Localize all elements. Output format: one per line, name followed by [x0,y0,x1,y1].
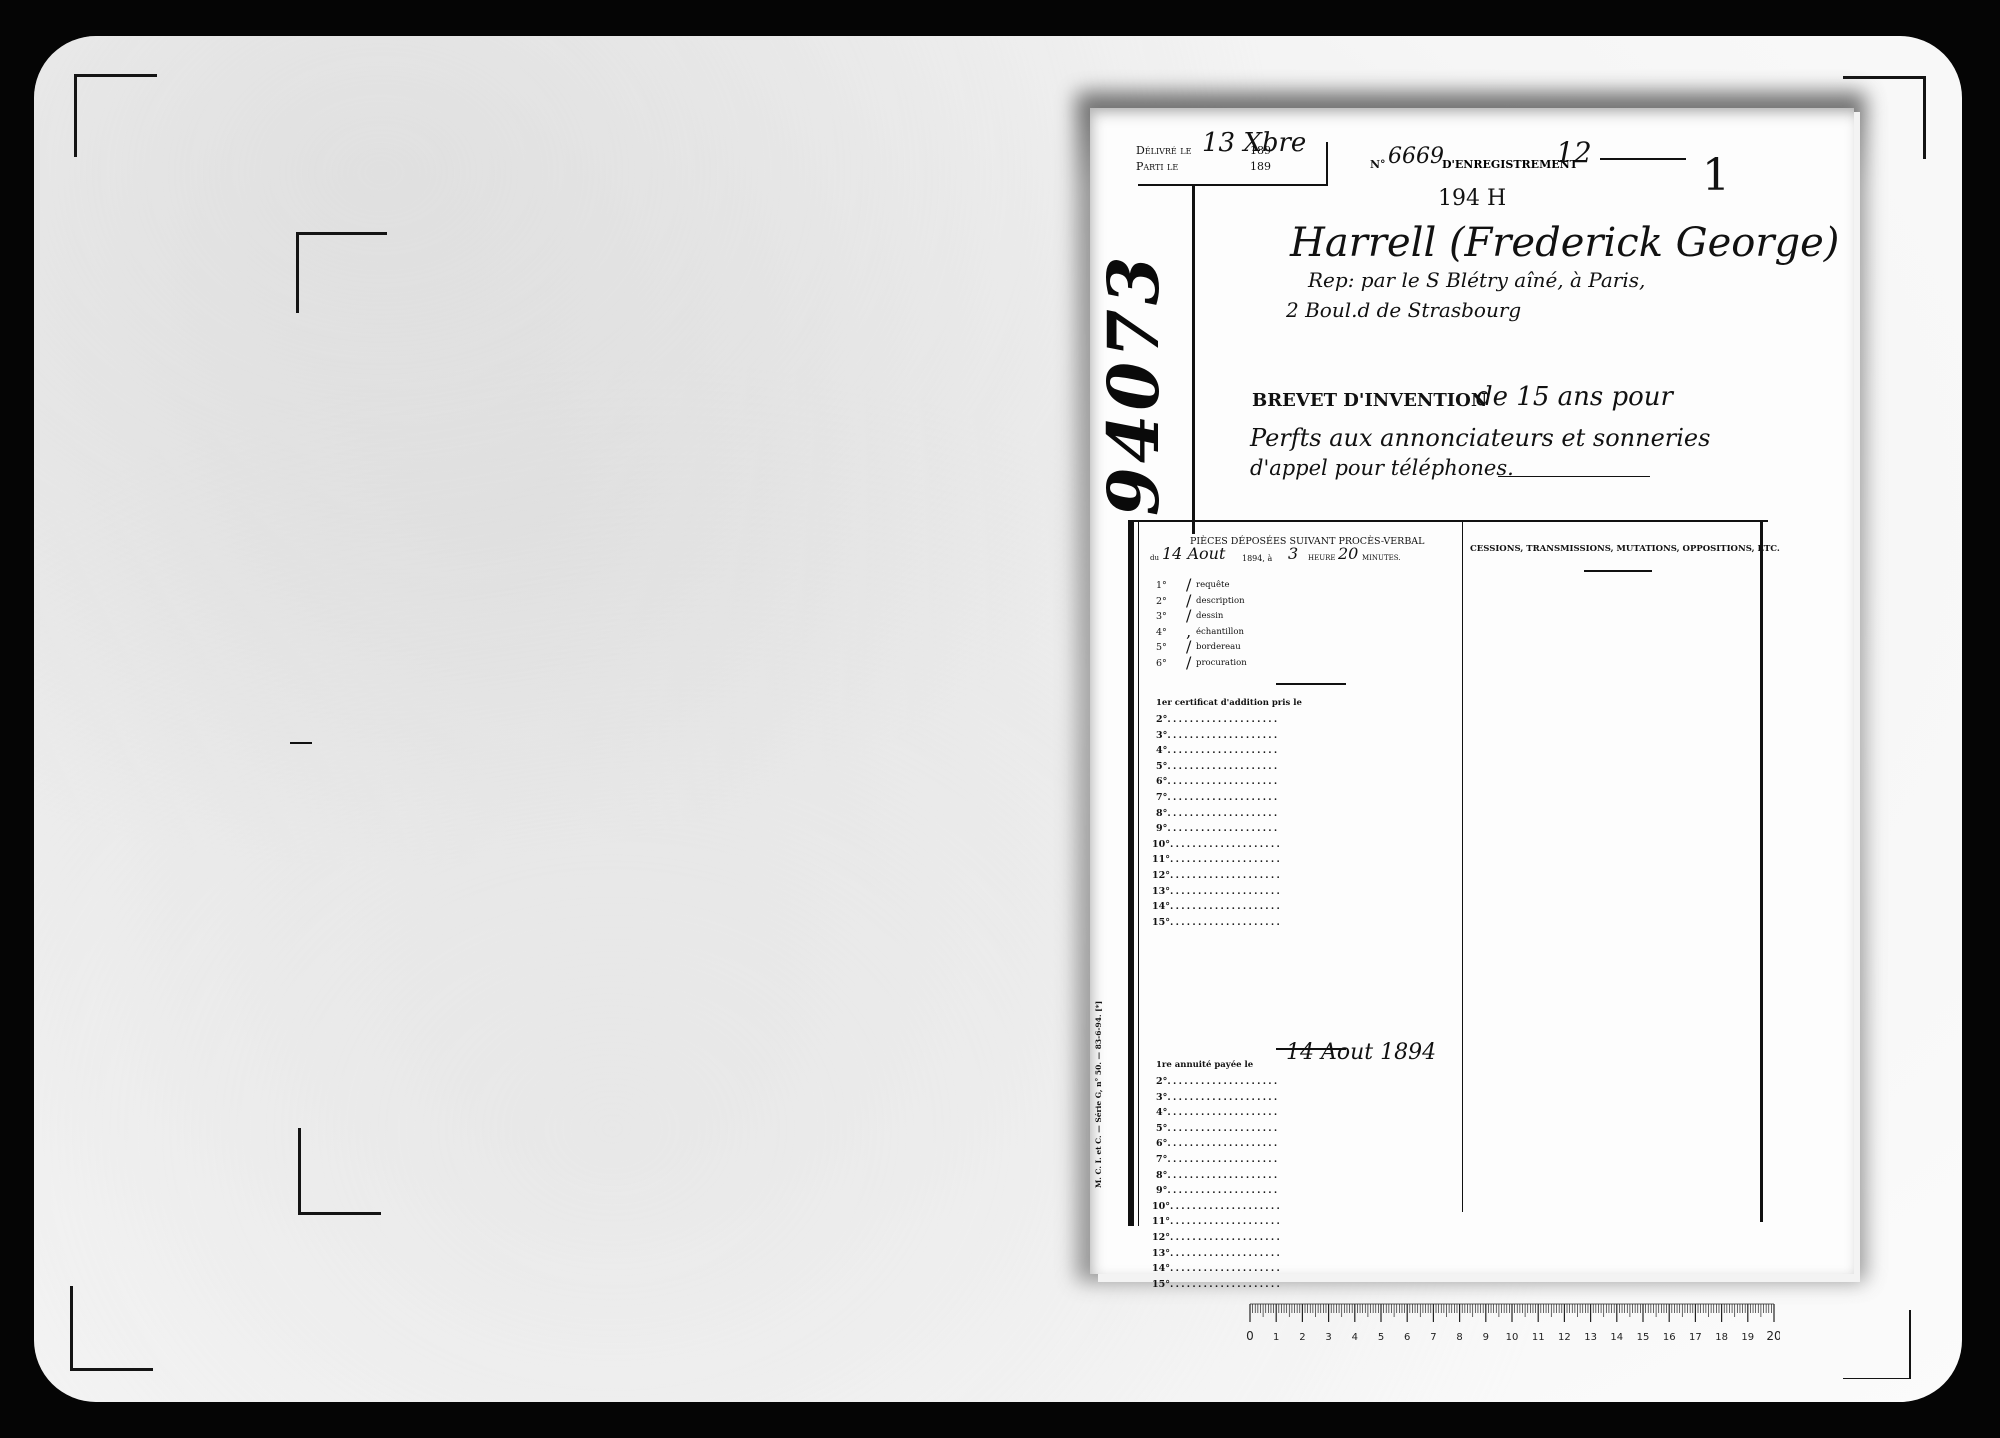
svg-text:2: 2 [1299,1332,1305,1343]
piece-check-mark: / [1186,653,1191,672]
dot-leader: .................... [1170,917,1282,928]
crop-mark-top-left-outer [74,74,157,157]
svg-text:17: 17 [1689,1332,1702,1343]
header-rule [1138,184,1328,186]
annuite-row: 15°.................... [1152,1279,1282,1290]
piece-row: 4°‚échantillon [1156,627,1167,638]
svg-text:7: 7 [1430,1332,1436,1343]
row-number: 10° [1152,839,1170,850]
svg-text:18: 18 [1715,1332,1728,1343]
piece-number: 6° [1156,658,1167,669]
delivre-label: Délivré le [1136,144,1191,157]
dot-leader: .................... [1167,714,1279,725]
svg-text:3: 3 [1325,1332,1331,1343]
dot-leader: .................... [1167,745,1279,756]
certificat-row: 2°.................... [1156,714,1280,725]
row-number: 11° [1152,1216,1170,1227]
svg-text:5: 5 [1378,1332,1384,1343]
row-number: 4° [1156,1107,1167,1118]
certificat-row: 4°.................... [1156,745,1280,756]
du-label: du [1150,554,1159,562]
annuite-row: 14°.................... [1152,1263,1282,1274]
piece-label: procuration [1196,658,1247,668]
annuite-row: 13°.................... [1152,1248,1282,1259]
header-divider [1326,142,1328,184]
side-number-rule [1192,186,1195,534]
certificat-first-row: 1er certificat d'addition pris le [1156,698,1302,708]
piece-number: 2° [1156,596,1167,607]
certificat-row: 11°.................... [1152,854,1282,865]
enregistrement-note: 12 [1556,136,1592,169]
proces-verbal-hour: 3 [1288,544,1298,563]
row-number: 9° [1156,823,1167,834]
subject-end-rule [1498,476,1650,477]
piece-number: 3° [1156,611,1167,622]
header-right-rule [1600,158,1686,160]
row-number: 12° [1152,1232,1170,1243]
dot-leader: .................... [1170,870,1282,881]
delivre-year: 189 [1250,144,1271,157]
piece-number: 5° [1156,642,1167,653]
dot-leader: .................... [1170,1263,1282,1274]
proces-verbal-line: du 14 Aout 1894, à 3 heure 20 minutes. [1150,548,1450,568]
svg-text:19: 19 [1741,1332,1754,1343]
row-number: 3° [1156,1092,1167,1103]
brevet-subject-line-1: Perfts aux annonciateurs et sonneries [1250,424,1710,452]
piece-label: description [1196,596,1245,606]
applicant-name: Harrell (Frederick George) [1290,220,1839,266]
cessions-separator [1584,570,1652,572]
certificat-row: 13°.................... [1152,886,1282,897]
row-number: 13° [1152,886,1170,897]
svg-text:1: 1 [1273,1332,1279,1343]
piece-number: 4° [1156,627,1167,638]
dot-leader: .................... [1167,1170,1279,1181]
proces-verbal-year: 1894, à [1242,554,1272,563]
dot-leader: .................... [1170,886,1282,897]
dot-leader: .................... [1170,1279,1282,1290]
parti-year: 189 [1250,160,1271,173]
piece-number: 1° [1156,580,1167,591]
svg-text:0: 0 [1246,1329,1254,1343]
dot-leader: .................... [1167,1107,1279,1118]
applicant-address: 2 Boul.d de Strasbourg [1286,298,1521,322]
piece-row: 6°/procuration [1156,658,1167,669]
piece-label: requête [1196,580,1230,590]
dot-leader: .................... [1167,730,1279,741]
piece-label: échantillon [1196,627,1244,637]
patent-record-sheet: Délivré le 13 Xbre 189 Parti le 189 N° 6… [1090,108,1854,1274]
row-number: 15° [1152,1279,1170,1290]
annuite-row: 12°.................... [1152,1232,1282,1243]
proces-verbal-minutes: 20 [1338,544,1358,563]
cessions-heading: CESSIONS, TRANSMISSIONS, MUTATIONS, OPPO… [1470,544,1780,554]
svg-text:16: 16 [1663,1332,1676,1343]
annuite-row: 5°.................... [1156,1123,1280,1134]
row-number: 15° [1152,917,1170,928]
annuite-row: 9°.................... [1156,1185,1280,1196]
patent-number: 94073 [1092,252,1175,516]
annuite-row: 3°.................... [1156,1092,1280,1103]
certificat-row: 8°.................... [1156,808,1280,819]
crop-mark-bottom-left-outer [70,1286,153,1371]
svg-text:9: 9 [1483,1332,1489,1343]
row-number: 8° [1156,1170,1167,1181]
dot-leader: .................... [1170,1201,1282,1212]
certificat-row: 12°.................... [1152,870,1282,881]
row-number: 5° [1156,1123,1167,1134]
dot-leader: .................... [1167,823,1279,834]
row-number: 6° [1156,1138,1167,1149]
piece-row: 3°/dessin [1156,611,1167,622]
row-number: 6° [1156,776,1167,787]
registration-number: 6669 [1388,144,1444,169]
dot-leader: .................... [1167,776,1279,787]
proces-verbal-date: 14 Aout [1162,544,1225,563]
svg-text:4: 4 [1352,1332,1358,1343]
row-number: 11° [1152,854,1170,865]
printer-note: M. C. I. et C. — Série G, n° 50. — 83-6-… [1094,1001,1103,1188]
certificat-row: 7°.................... [1156,792,1280,803]
certificat-row: 5°.................... [1156,761,1280,772]
brevet-title: BREVET D'INVENTION [1252,390,1487,411]
dot-leader: .................... [1170,901,1282,912]
brevet-duration: de 15 ans pour [1476,382,1673,412]
row-number: 8° [1156,808,1167,819]
frame-top [1128,520,1768,522]
brevet-subject-line-2: d'appel pour téléphones. [1250,456,1514,480]
svg-text:8: 8 [1456,1332,1462,1343]
dot-leader: .................... [1167,1076,1279,1087]
svg-text:12: 12 [1558,1332,1571,1343]
piece-row: 5°/bordereau [1156,642,1167,653]
row-number: 14° [1152,901,1170,912]
row-number: 9° [1156,1185,1167,1196]
annuite-row: 10°.................... [1152,1201,1282,1212]
annuite-first-row: 1re annuité payée le [1156,1060,1253,1070]
certificat-row: 15°.................... [1152,917,1282,928]
row-number: 10° [1152,1201,1170,1212]
dot-leader: .................... [1170,1216,1282,1227]
crop-mark-top-left-inner [296,232,387,313]
certificat-row: 3°.................... [1156,730,1280,741]
certificat-row: 9°.................... [1156,823,1280,834]
frame-right [1760,520,1763,1222]
row-number: 12° [1152,870,1170,881]
row-number: 13° [1152,1248,1170,1259]
row-number: 7° [1156,1154,1167,1165]
svg-text:15: 15 [1637,1332,1650,1343]
dot-leader: .................... [1170,1248,1282,1259]
svg-text:14: 14 [1610,1332,1623,1343]
piece-row: 2°/description [1156,596,1167,607]
annuite-paid-date: 14 Aout 1894 [1286,1040,1436,1065]
svg-text:6: 6 [1404,1332,1410,1343]
annuite-row: 11°.................... [1152,1216,1282,1227]
row-number: 5° [1156,761,1167,772]
column-divider [1462,522,1463,1212]
annuite-row: 7°.................... [1156,1154,1280,1165]
reference-note: 194 H [1438,186,1506,211]
crop-mark-bottom-right-outer [1843,1310,1911,1379]
applicant-representative: Rep: par le S Blétry aîné, à Paris, [1308,268,1645,292]
number-prefix: N° [1370,158,1386,171]
frame-left-thick [1128,520,1134,1226]
parti-label: Parti le [1136,160,1178,173]
svg-text:20: 20 [1766,1329,1780,1343]
certificat-row: 10°.................... [1152,839,1282,850]
row-number: 3° [1156,730,1167,741]
crop-mark-bottom-left-inner [298,1128,381,1215]
piece-row: 1°/requête [1156,580,1167,591]
svg-text:13: 13 [1584,1332,1597,1343]
heure-label: heure [1308,554,1336,562]
dot-leader: .................... [1170,839,1282,850]
dot-leader: .................... [1167,1185,1279,1196]
measurement-ruler: 01234567891011121314151617181920 [1244,1300,1780,1346]
piece-label: bordereau [1196,642,1241,652]
certificat-row: 14°.................... [1152,901,1282,912]
piece-label: dessin [1196,611,1223,621]
certificat-row: 6°.................... [1156,776,1280,787]
dot-leader: .................... [1167,1092,1279,1103]
dot-leader: .................... [1170,1232,1282,1243]
pieces-separator [1276,683,1346,685]
annuite-row: 4°.................... [1156,1107,1280,1118]
row-number: 2° [1156,714,1167,725]
dot-leader: .................... [1167,792,1279,803]
annuite-row: 2°.................... [1156,1076,1280,1087]
svg-text:11: 11 [1532,1332,1545,1343]
frame-left-thin [1138,520,1139,1226]
minutes-label: minutes. [1362,554,1401,562]
dot-leader: .................... [1167,1138,1279,1149]
annuite-row: 6°.................... [1156,1138,1280,1149]
row-number: 2° [1156,1076,1167,1087]
stray-mark [290,742,312,744]
annuite-row: 8°.................... [1156,1170,1280,1181]
dot-leader: .................... [1167,808,1279,819]
ruler-scale: 01234567891011121314151617181920 [1244,1300,1780,1346]
dot-leader: .................... [1167,1154,1279,1165]
dot-leader: .................... [1170,854,1282,865]
page-mark: 1 [1702,150,1730,201]
row-number: 4° [1156,745,1167,756]
row-number: 7° [1156,792,1167,803]
dot-leader: .................... [1167,761,1279,772]
svg-text:10: 10 [1506,1332,1519,1343]
dot-leader: .................... [1167,1123,1279,1134]
row-number: 14° [1152,1263,1170,1274]
